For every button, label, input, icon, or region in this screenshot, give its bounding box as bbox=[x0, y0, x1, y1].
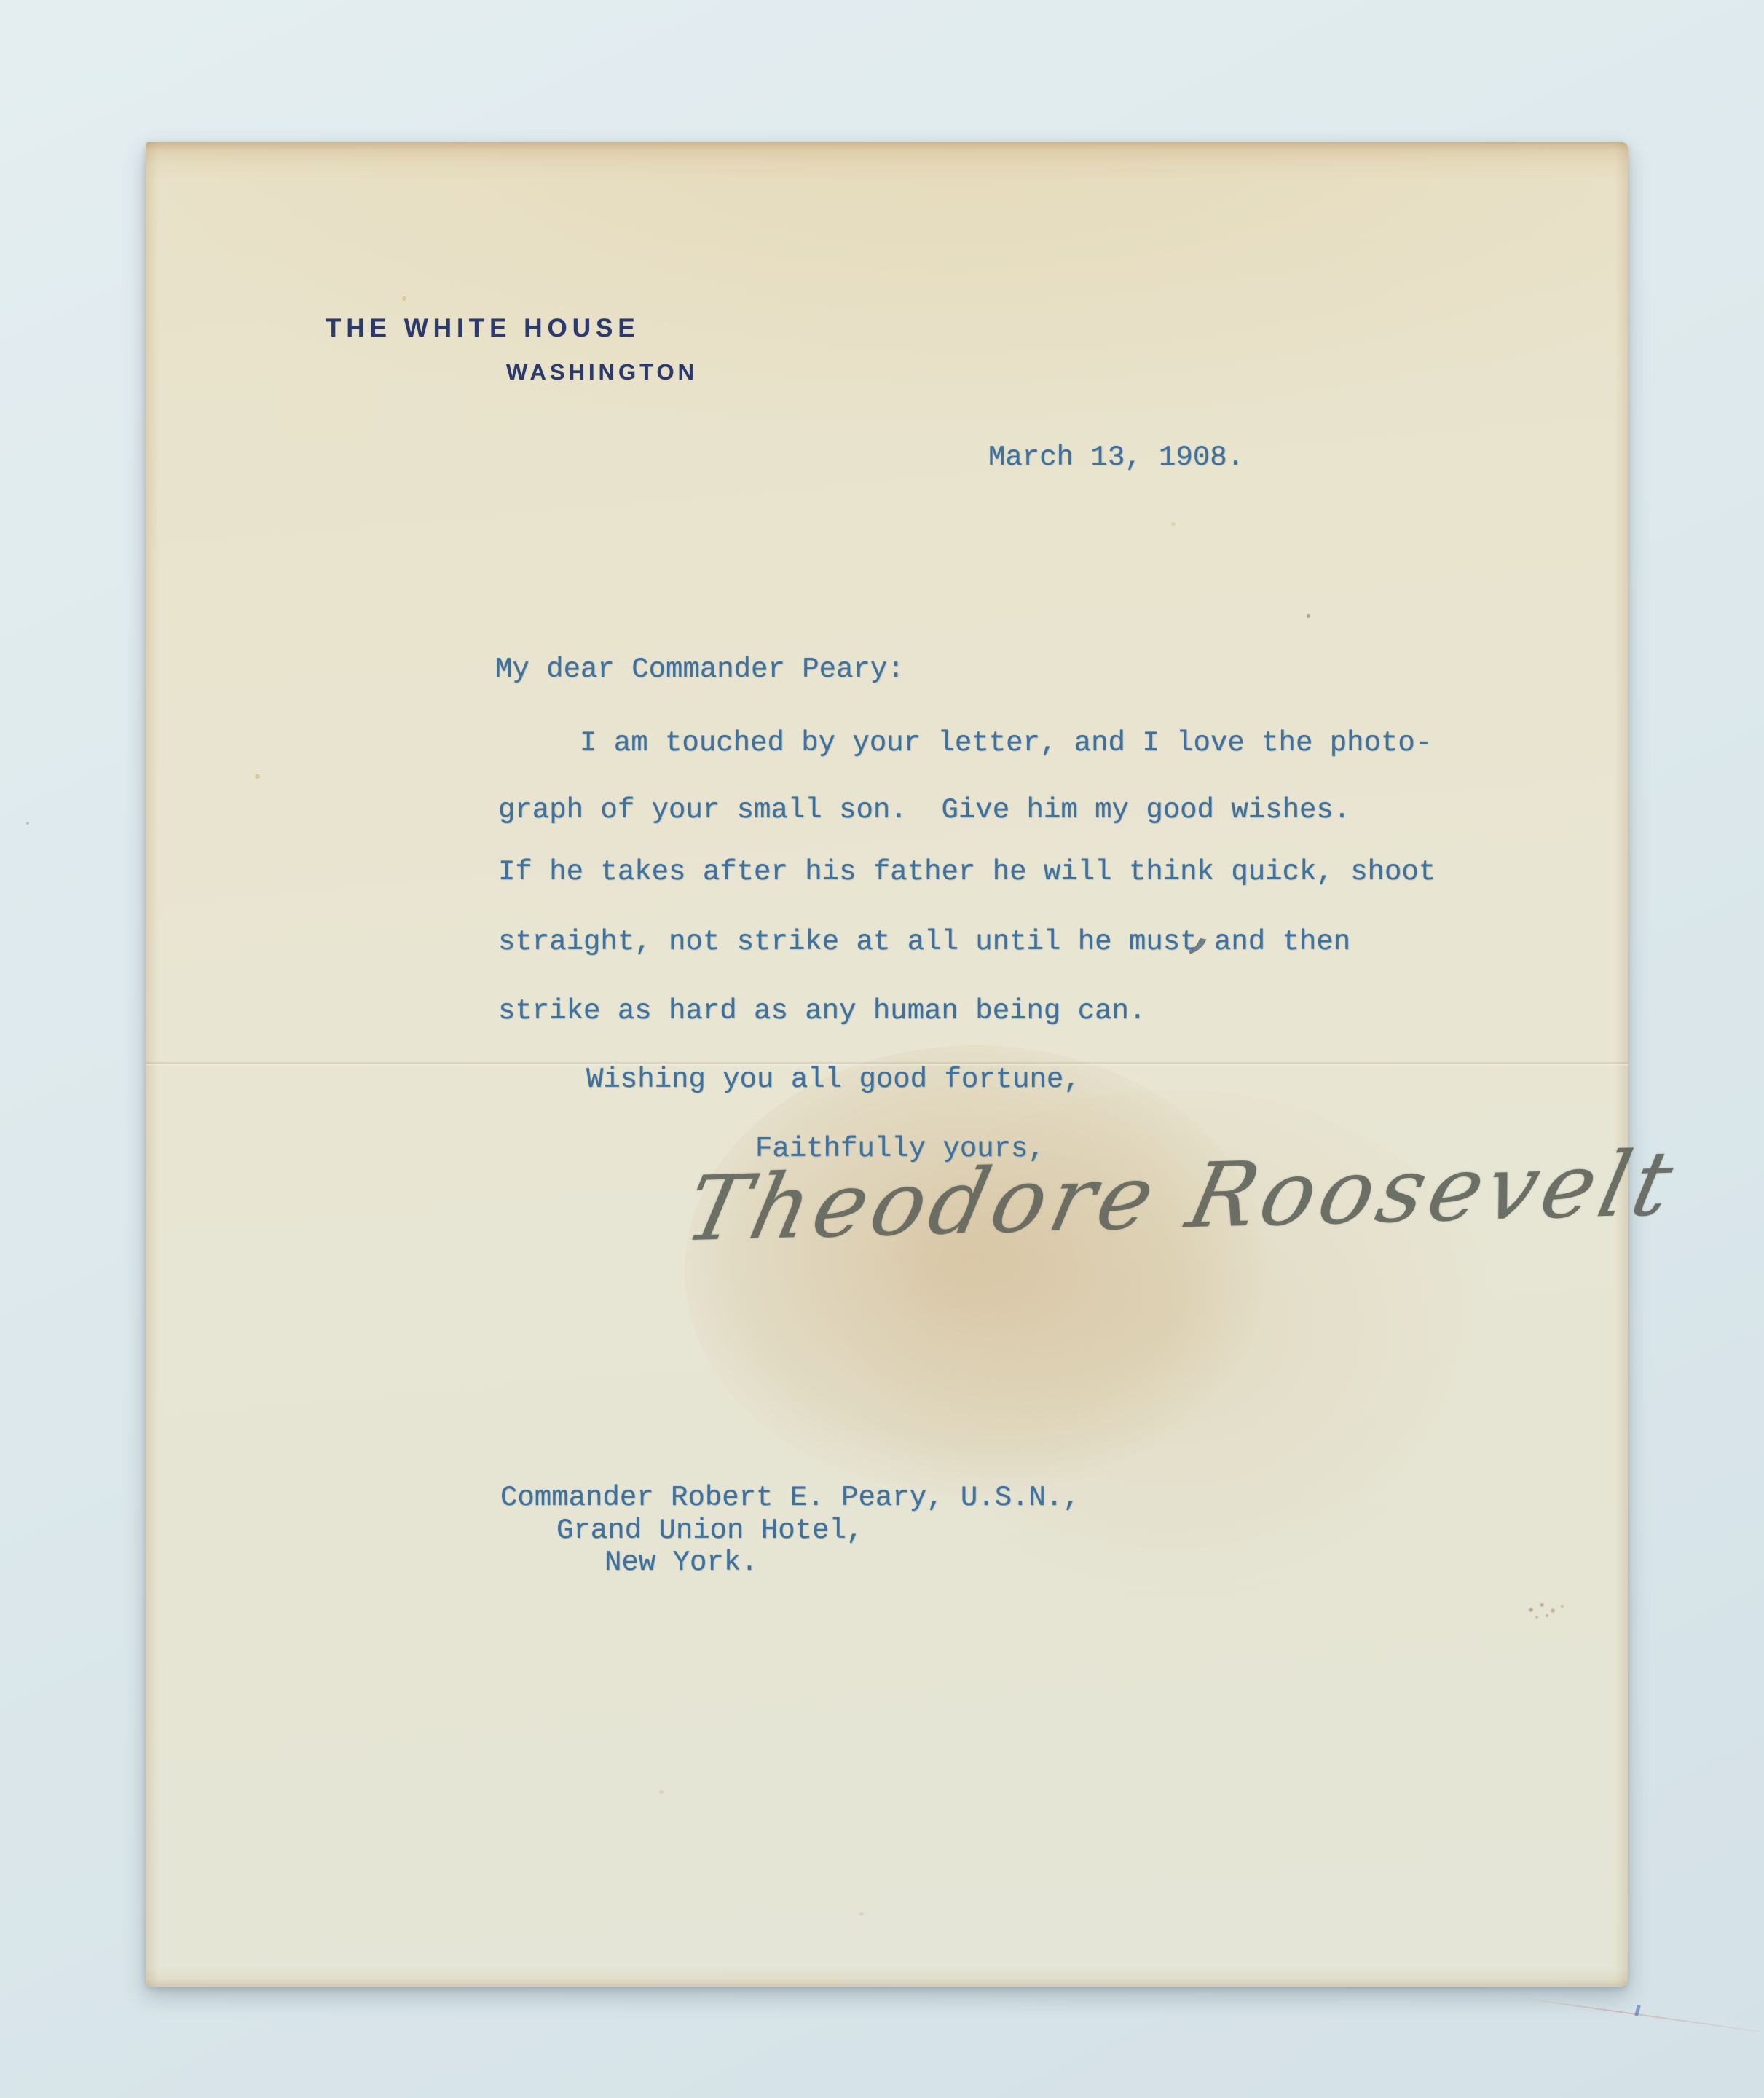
signature-autograph: Theodore Roosevelt bbox=[678, 1139, 1685, 1254]
scan-background: THE WHITE HOUSE WASHINGTON March 13, 190… bbox=[0, 0, 1764, 2098]
paper-freckle bbox=[402, 296, 406, 301]
ink-fleck bbox=[1634, 2005, 1641, 2017]
body-line: strike as hard as any human being can. bbox=[498, 997, 1146, 1026]
dust-speck bbox=[26, 822, 29, 825]
paper-freckle bbox=[659, 1790, 664, 1794]
scratch-mark bbox=[1522, 1997, 1760, 2032]
paper-freckle bbox=[859, 1912, 864, 1916]
recipient-line: New York. bbox=[605, 1549, 758, 1577]
closing-line: Wishing you all good fortune, bbox=[586, 1066, 1081, 1094]
letterhead-subtitle: WASHINGTON bbox=[506, 359, 698, 385]
letter-paper: THE WHITE HOUSE WASHINGTON March 13, 190… bbox=[146, 142, 1628, 1987]
body-line: graph of your small son. Give him my goo… bbox=[498, 796, 1350, 825]
paper-toning bbox=[146, 142, 1628, 608]
letterhead-title: THE WHITE HOUSE bbox=[326, 314, 640, 343]
body-line: I am touched by your letter, and I love … bbox=[580, 729, 1432, 758]
salutation-line: My dear Commander Peary: bbox=[495, 656, 905, 684]
paper-freckle bbox=[1171, 522, 1176, 526]
foxing-speckles bbox=[1522, 1595, 1580, 1628]
paper-freckle bbox=[255, 774, 260, 779]
recipient-line: Commander Robert E. Peary, U.S.N., bbox=[500, 1484, 1080, 1512]
body-line: If he takes after his father he will thi… bbox=[498, 858, 1436, 887]
foxing-stain bbox=[685, 1045, 1267, 1497]
body-line: straight, not strike at all until he mus… bbox=[498, 928, 1350, 956]
date-line: March 13, 1908. bbox=[988, 444, 1244, 472]
recipient-line: Grand Union Hotel, bbox=[556, 1517, 863, 1545]
paper-freckle bbox=[1307, 614, 1310, 618]
